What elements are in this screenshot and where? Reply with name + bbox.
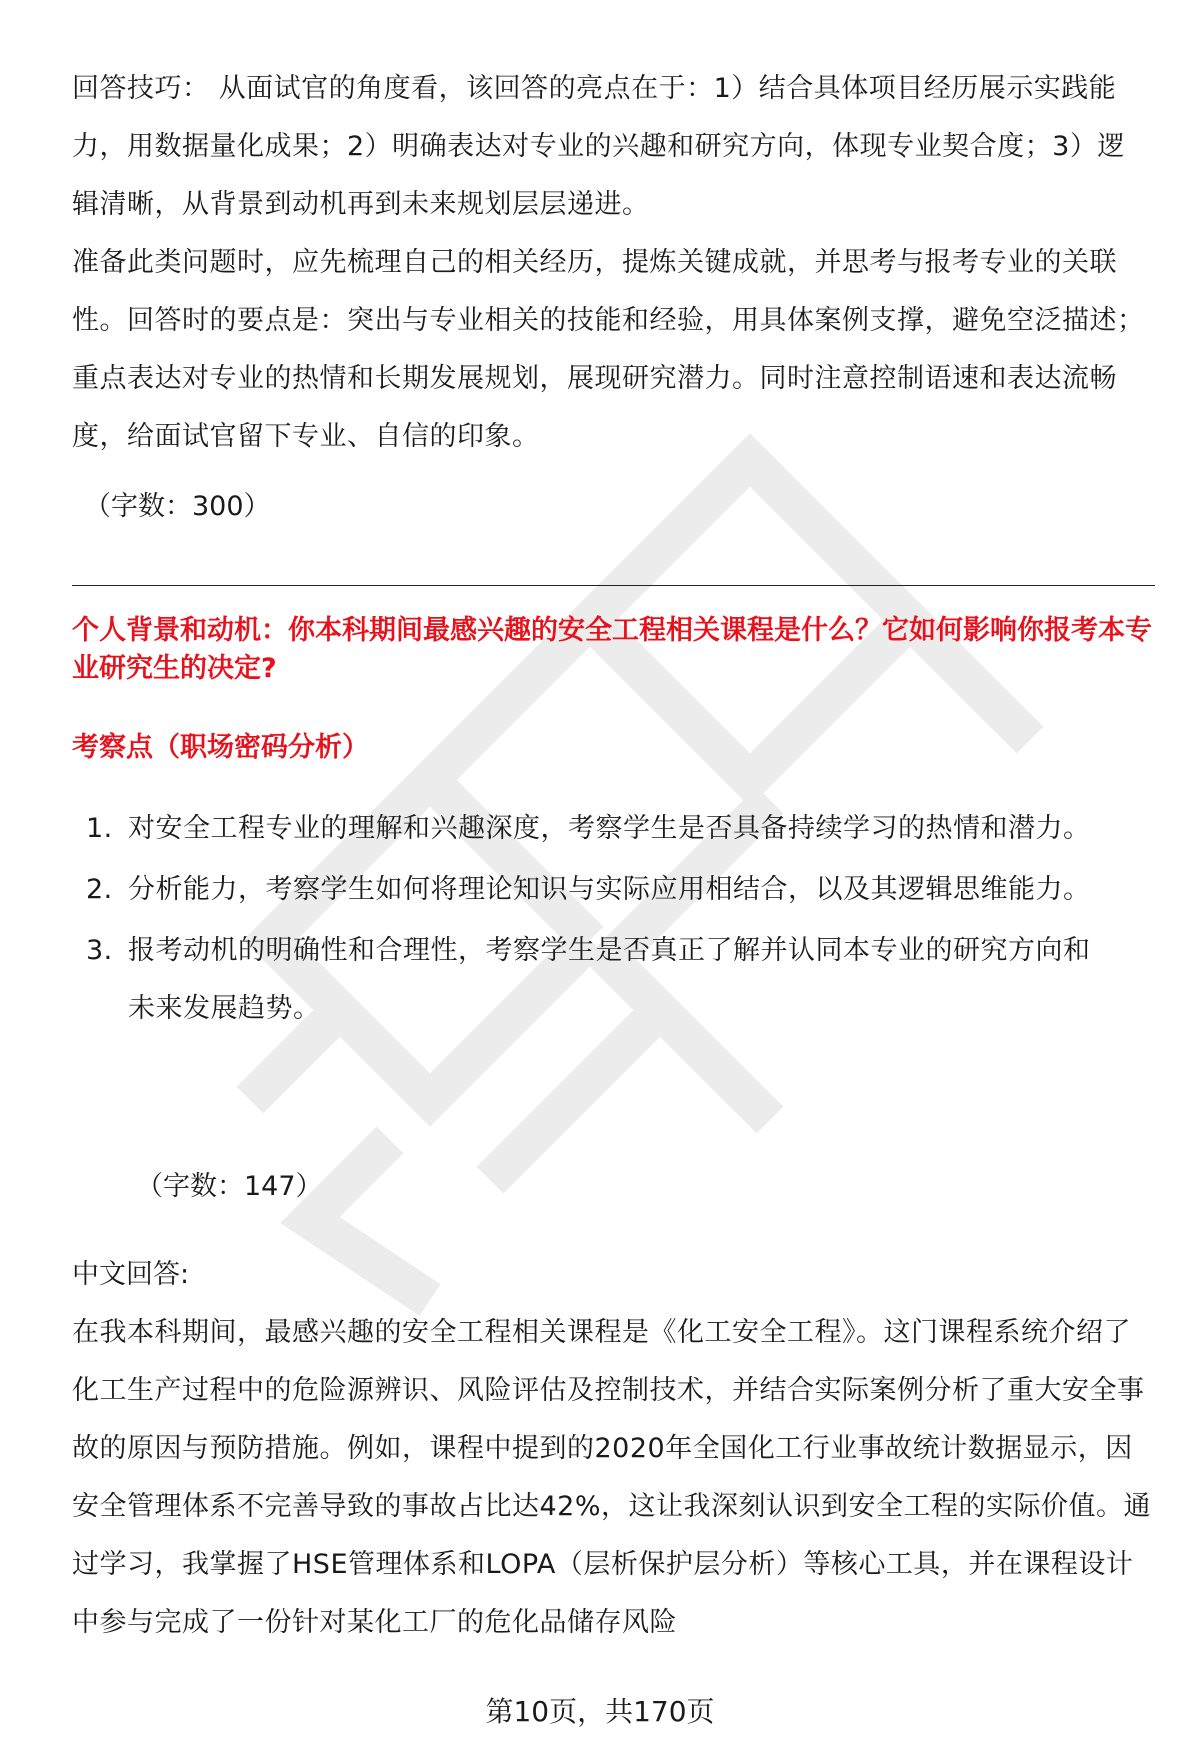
question-heading: 个人背景和动机：你本科期间最感兴趣的安全工程相关课程是什么？它如何影响你报考本专…	[72, 612, 1152, 688]
assessment-points-list: 1. 对安全工程专业的理解和兴趣深度，考察学生是否具备持续学习的热情和潜力。 2…	[72, 800, 1152, 1041]
preparation-paragraph: 准备此类问题时，应先梳理自己的相关经历，提炼关键成就，并思考与报考专业的关联性。…	[72, 234, 1152, 466]
list-item: 2. 分析能力，考察学生如何将理论知识与实际应用相结合，以及其逻辑思维能力。	[72, 861, 1152, 919]
list-item-text: 报考动机的明确性和合理性，考察学生是否真正了解并认同本专业的研究方向和未来发展趋…	[128, 922, 1152, 1038]
list-item-text: 分析能力，考察学生如何将理论知识与实际应用相结合，以及其逻辑思维能力。	[128, 861, 1152, 919]
assessment-points-heading: 考察点（职场密码分析）	[72, 728, 369, 768]
list-number: 3.	[72, 922, 128, 1038]
word-count: （字数：147）	[136, 1158, 323, 1216]
list-number: 2.	[72, 861, 128, 919]
word-count: （字数：300）	[84, 478, 271, 536]
list-number: 1.	[72, 800, 128, 858]
section-divider	[72, 585, 1155, 586]
page-indicator: 第10页，共170页	[0, 1692, 1200, 1732]
tips-paragraph: 回答技巧： 从面试官的角度看，该回答的亮点在于：1）结合具体项目经历展示实践能力…	[72, 60, 1152, 234]
answer-paragraph: 在我本科期间，最感兴趣的安全工程相关课程是《化工安全工程》。这门课程系统介绍了化…	[72, 1304, 1157, 1652]
answer-label: 中文回答:	[72, 1246, 189, 1304]
list-item-text: 对安全工程专业的理解和兴趣深度，考察学生是否具备持续学习的热情和潜力。	[128, 800, 1152, 858]
list-item: 1. 对安全工程专业的理解和兴趣深度，考察学生是否具备持续学习的热情和潜力。	[72, 800, 1152, 858]
list-item: 3. 报考动机的明确性和合理性，考察学生是否真正了解并认同本专业的研究方向和未来…	[72, 922, 1152, 1038]
